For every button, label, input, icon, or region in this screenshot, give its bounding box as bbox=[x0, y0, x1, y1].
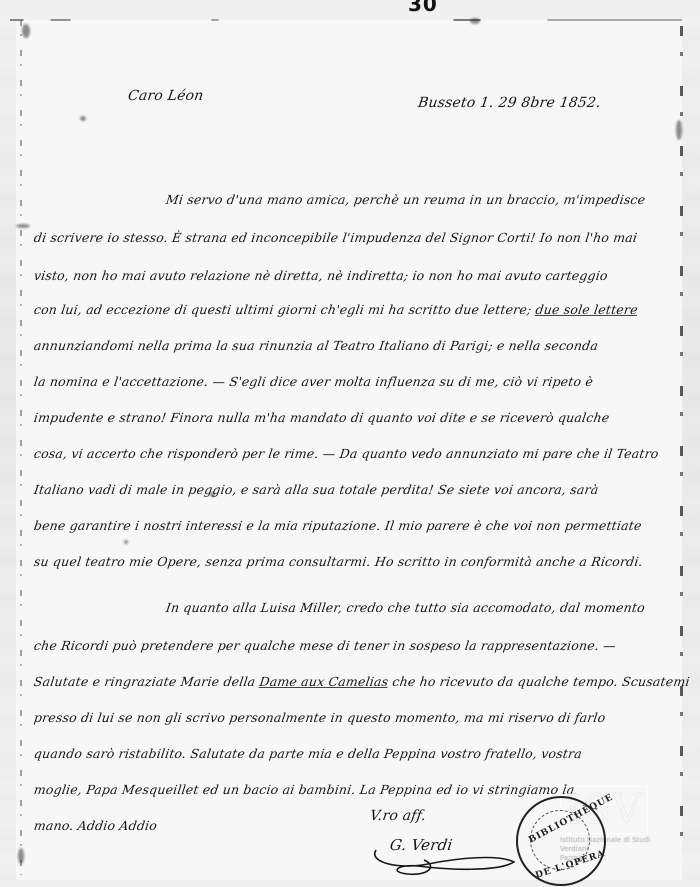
letter-line: di scrivere io stesso. È strana ed incon… bbox=[33, 230, 675, 245]
letter-line: quando sarò ristabilito. Salutate da par… bbox=[33, 746, 675, 761]
letter-line: annunziandomi nella prima la sua rinunzi… bbox=[33, 338, 675, 353]
letter-line: Mi servo d'una mano amica, perchè un reu… bbox=[165, 192, 700, 207]
letter-line: Salutate e ringraziate Marie della Dame … bbox=[33, 674, 675, 689]
letter-line: presso di lui se non gli scrivo personal… bbox=[33, 710, 675, 725]
underlined-phrase: due sole lettere bbox=[535, 302, 639, 317]
paper-left-edge bbox=[20, 20, 22, 875]
closing: V.ro aff. bbox=[369, 808, 427, 824]
ink-smudge bbox=[676, 120, 682, 140]
ink-smudge bbox=[22, 24, 30, 38]
paper-right-edge bbox=[680, 26, 683, 846]
letter-line: impudente e strano! Finora nulla m'ha ma… bbox=[33, 410, 675, 425]
dateline: Busseto 1. 29 8bre 1852. bbox=[417, 95, 602, 111]
letter-line: Italiano vadi di male in peggio, e sarà … bbox=[33, 482, 675, 497]
letter-line: su quel teatro mie Opere, senza prima co… bbox=[33, 554, 675, 569]
ink-smudge bbox=[124, 540, 128, 544]
letter-line: visto, non ho mai avuto relazione nè dir… bbox=[33, 268, 675, 283]
ink-smudge bbox=[80, 116, 86, 121]
letter-line: che Ricordi può pretendere per qualche m… bbox=[33, 638, 675, 653]
ink-smudge bbox=[16, 224, 30, 228]
underlined-phrase: Dame aux Camelias bbox=[259, 674, 390, 689]
ink-smudge bbox=[18, 848, 24, 864]
page-number: 30 bbox=[408, 0, 438, 16]
letter-line: In quanto alla Luisa Miller, credo che t… bbox=[165, 600, 700, 615]
letter-line: con lui, ad eccezione di questi ultimi g… bbox=[33, 302, 675, 317]
paper-top-edge bbox=[10, 19, 682, 21]
letter-line: la nomina e l'accettazione. — S'egli dic… bbox=[33, 374, 675, 389]
letter-line: bene garantire i nostri interessi e la m… bbox=[33, 518, 675, 533]
salutation: Caro Léon bbox=[127, 88, 205, 104]
signature-flourish-icon bbox=[368, 836, 518, 876]
letter-line: cosa, vi accerto che risponderò per le r… bbox=[33, 446, 675, 461]
library-stamp: BIBLIOTHÈQUE DE L'OPÉRA bbox=[516, 796, 606, 886]
ink-smudge bbox=[470, 18, 480, 24]
